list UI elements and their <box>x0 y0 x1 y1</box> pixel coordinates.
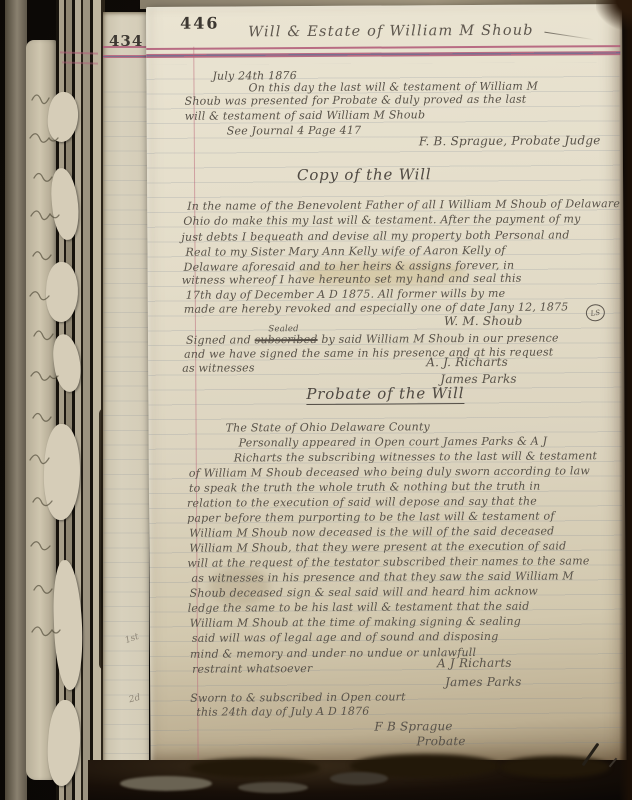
probate-line: relation to the execution of said will d… <box>187 495 537 510</box>
probate-line: Personally appeared in Open court James … <box>239 435 548 450</box>
probate-line: William M Shoub, that they were present … <box>189 539 566 554</box>
entry-line: Shoub was presented for Probate & duly p… <box>185 93 527 108</box>
header-rule <box>103 55 149 58</box>
probate-line: as witnesses in his presence and that th… <box>191 569 573 584</box>
title-flourish <box>544 32 594 41</box>
probate-line: William M Shoub at the time of making si… <box>190 615 521 630</box>
struck-word: subscribed <box>255 333 318 346</box>
page-edge-below <box>120 776 212 791</box>
correction: subscribedSealed <box>255 333 318 346</box>
will-line: just debts I bequeath and devise all my … <box>181 228 569 243</box>
previous-page-434: 434 1st 2d <box>103 12 149 800</box>
judge-title: Probate <box>416 734 465 748</box>
probate-line: mind & memory and under no undue or unla… <box>190 646 476 661</box>
probate-line: The State of Ohio Delaware County <box>226 420 430 434</box>
entry-line: will & testament of said William M Shoub <box>185 108 426 122</box>
will-line: witness whereof I have hereunto set my h… <box>182 272 522 287</box>
will-line: Ohio do make this my last will & testame… <box>183 212 580 227</box>
probate-line: said will was of legal age and of sound … <box>192 630 499 645</box>
jurat-line: this 24th day of July A D 1876 <box>196 705 369 719</box>
probate-line: will at the request of the testator subs… <box>187 554 589 569</box>
attestation-line: Signed and subscribedSealed by said Will… <box>186 331 559 346</box>
page-number-446: 446 <box>180 14 220 33</box>
header-rule <box>103 46 149 48</box>
probate-line: of William M Shoub deceased who being du… <box>189 464 590 479</box>
header-rule-top <box>146 45 620 50</box>
ledger-page-446: 446 Will & Estate of William M Shoub Jul… <box>146 4 627 772</box>
inserted-word: Sealed <box>268 324 298 334</box>
attestation-text: Signed and <box>186 333 255 346</box>
top-right-corner-shadow <box>596 0 632 30</box>
judge-signature: F B Sprague <box>374 719 452 733</box>
probate-line: ledge the same to be his last will & tes… <box>188 600 530 615</box>
page-edge-below <box>238 782 308 793</box>
page-edge-below <box>330 772 388 785</box>
attestation-line: as witnesses <box>182 361 255 374</box>
ruled-lines <box>103 78 149 770</box>
probate-line: restraint whatsoever <box>192 662 312 676</box>
header-rule-bottom <box>146 51 620 58</box>
copy-of-will-heading: Copy of the Will <box>297 165 431 184</box>
witness-signature: A. J. Richarts <box>426 355 508 369</box>
witness-signature: A J Richarts <box>437 656 512 670</box>
probate-of-will-heading: Probate of the Will <box>306 384 464 405</box>
will-line: Real to my Sister Mary Ann Kelly wife of… <box>185 244 505 259</box>
jurat-line: Sworn to & subscribed in Open court <box>190 690 406 704</box>
testator-signature: W. M. Shoub <box>444 314 523 328</box>
attestation-text: by said William M Shoub in our presence <box>318 331 559 345</box>
probate-line: paper before them purporting to be the l… <box>187 510 555 525</box>
probate-line: William M Shoub now deceased is the will… <box>189 525 554 540</box>
probate-line: to speak the truth the whole truth & not… <box>189 480 540 495</box>
page-right-edge-shadow <box>619 0 632 800</box>
probate-line: Richarts the subscribing witnesses to th… <box>234 449 597 464</box>
judge-signature: F. B. Sprague, Probate Judge <box>419 133 601 148</box>
page-title: Will & Estate of William M Shoub <box>248 23 534 41</box>
ledger-book-photo: 434 1st 2d 446 Will & Estate of William … <box>0 0 632 800</box>
witness-signature: James Parks <box>445 675 522 689</box>
probate-line: Shoub deceased sign & seal said will and… <box>190 585 539 600</box>
will-line: In the name of the Benevolent Father of … <box>187 197 620 213</box>
will-line: 17th day of December A D 1875. All forme… <box>186 287 506 302</box>
seal-text: LS <box>590 308 601 317</box>
page-bottom-tear <box>500 756 610 778</box>
page-bottom-tear <box>190 758 320 778</box>
journal-reference: See Journal 4 Page 417 <box>227 124 362 138</box>
